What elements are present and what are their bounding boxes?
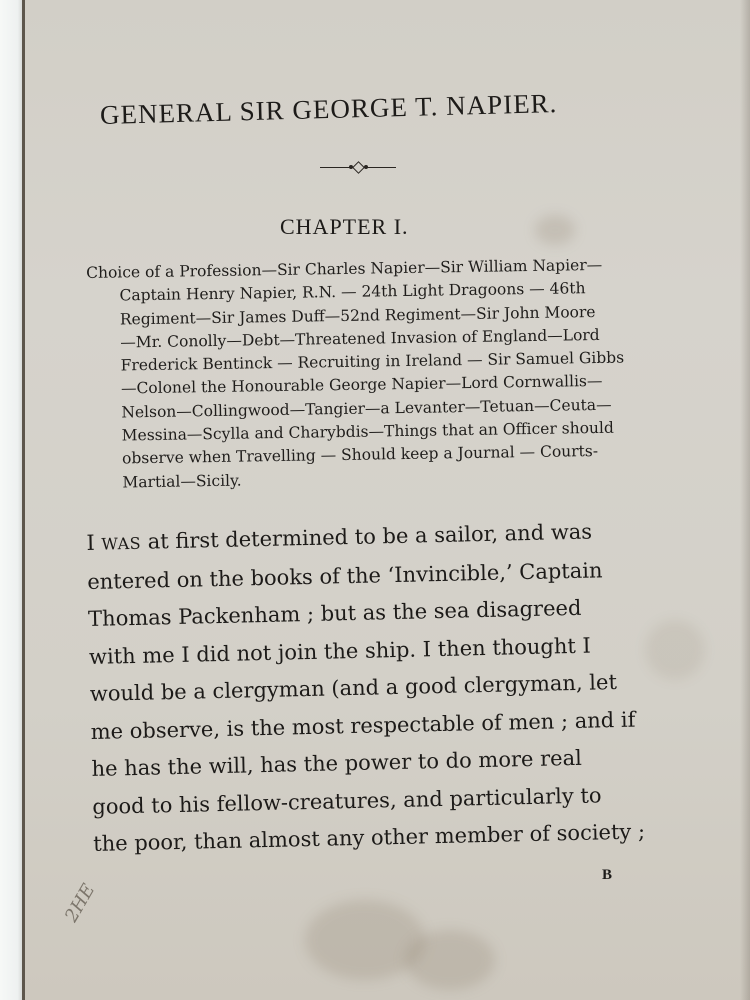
rule-left — [320, 167, 350, 168]
rule-right — [366, 167, 396, 168]
foxing-stain — [405, 930, 495, 990]
opening-word: I — [86, 531, 95, 555]
first-line-rest: at first determined to be a sailor, and … — [141, 520, 593, 554]
signature-mark: B — [602, 867, 612, 884]
foxing-stain — [535, 215, 575, 245]
body-paragraph: I WAS at first determined to be a sailor… — [86, 511, 694, 863]
diamond-rule-ornament-icon — [320, 162, 396, 172]
ornament-diamond — [352, 161, 365, 174]
opening-smallcaps: WAS — [101, 534, 141, 554]
adjacent-page-edge — [0, 0, 22, 1000]
chapter-heading: CHAPTER I. — [280, 214, 409, 240]
chapter-synopsis: Choice of a Profession—Sir Charles Napie… — [86, 253, 690, 495]
